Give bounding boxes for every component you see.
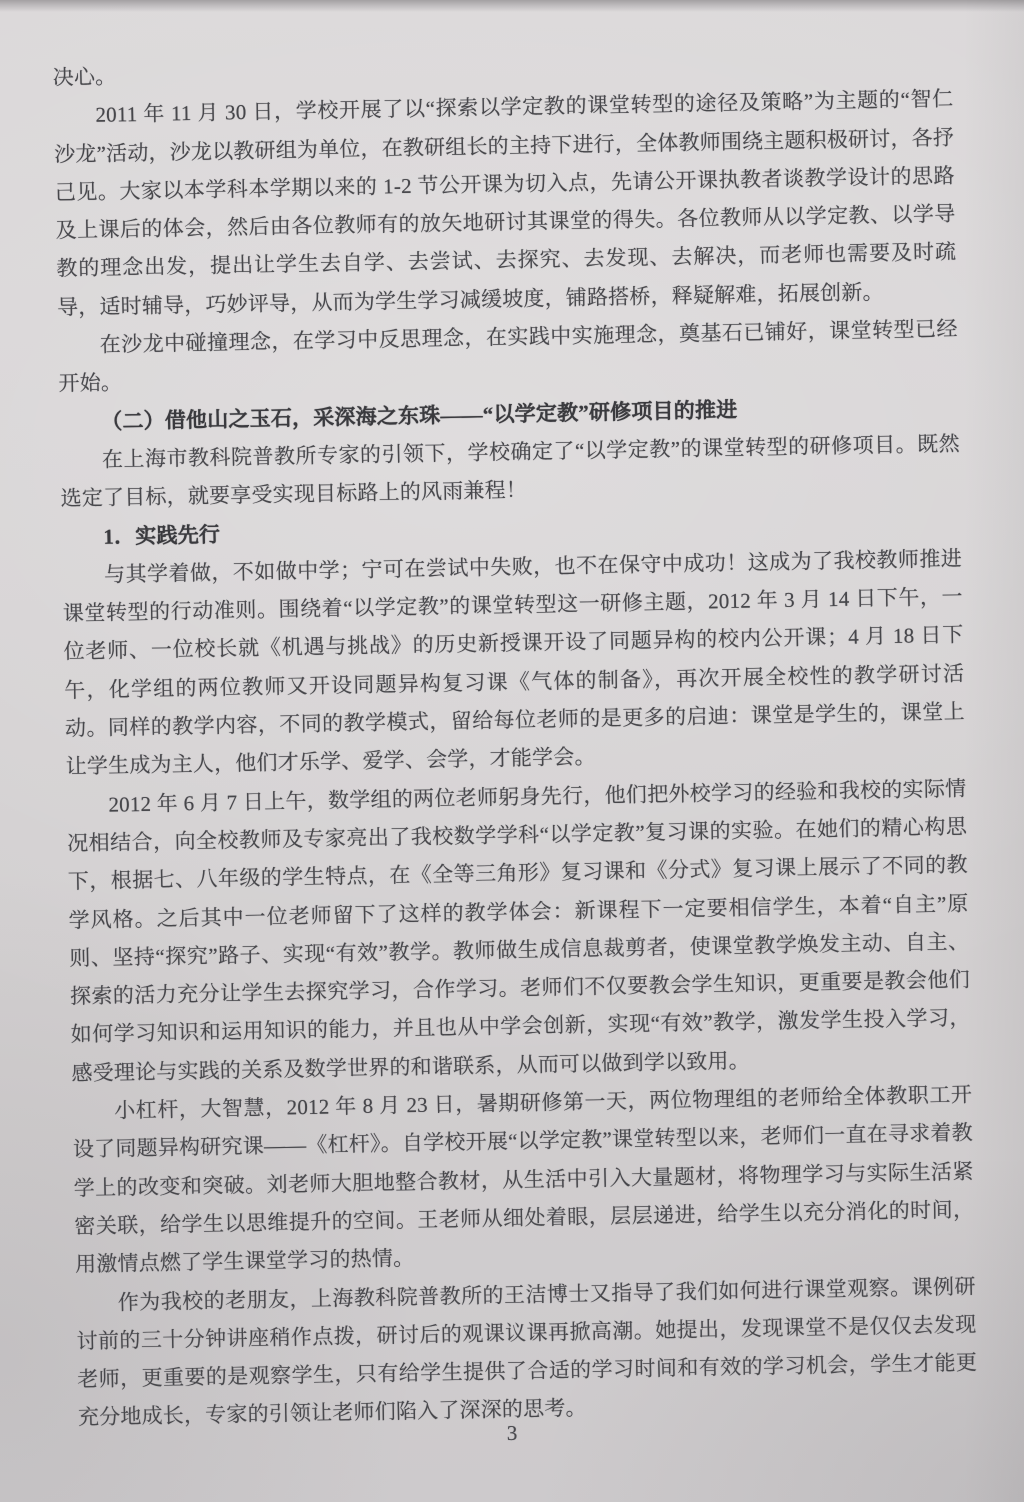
scan-edge-top	[0, 0, 1024, 12]
paragraph-open-classes-2012: 与其学着做，不如做中学；宁可在尝试中失败，也不在保守中成功！这成为了我校教师推进…	[62, 539, 966, 786]
scanned-page: 决心。 2011 年 11 月 30 日，学校开展了以“探索以学定教的课堂转型的…	[0, 0, 1024, 1502]
page-text: 决心。 2011 年 11 月 30 日，学校开展了以“探索以学定教的课堂转型的…	[52, 42, 978, 1437]
paragraph-salon-2011: 2011 年 11 月 30 日，学校开展了以“探索以学定教的课堂转型的途径及策…	[53, 80, 957, 327]
paragraph-math-lessons: 2012 年 6 月 7 日上午，数学组的两位老师躬身先行，他们把外校学习的经验…	[66, 769, 972, 1092]
paragraph-classroom-observation: 作为我校的老朋友，上海教科院普教所的王洁博士又指导了我们如何进行课堂观察。课例研…	[75, 1267, 978, 1437]
paragraph-physics-lever: 小杠杆，大智慧，2012 年 8 月 23 日，暑期研修第一天，两位物理组的老师…	[72, 1075, 975, 1283]
